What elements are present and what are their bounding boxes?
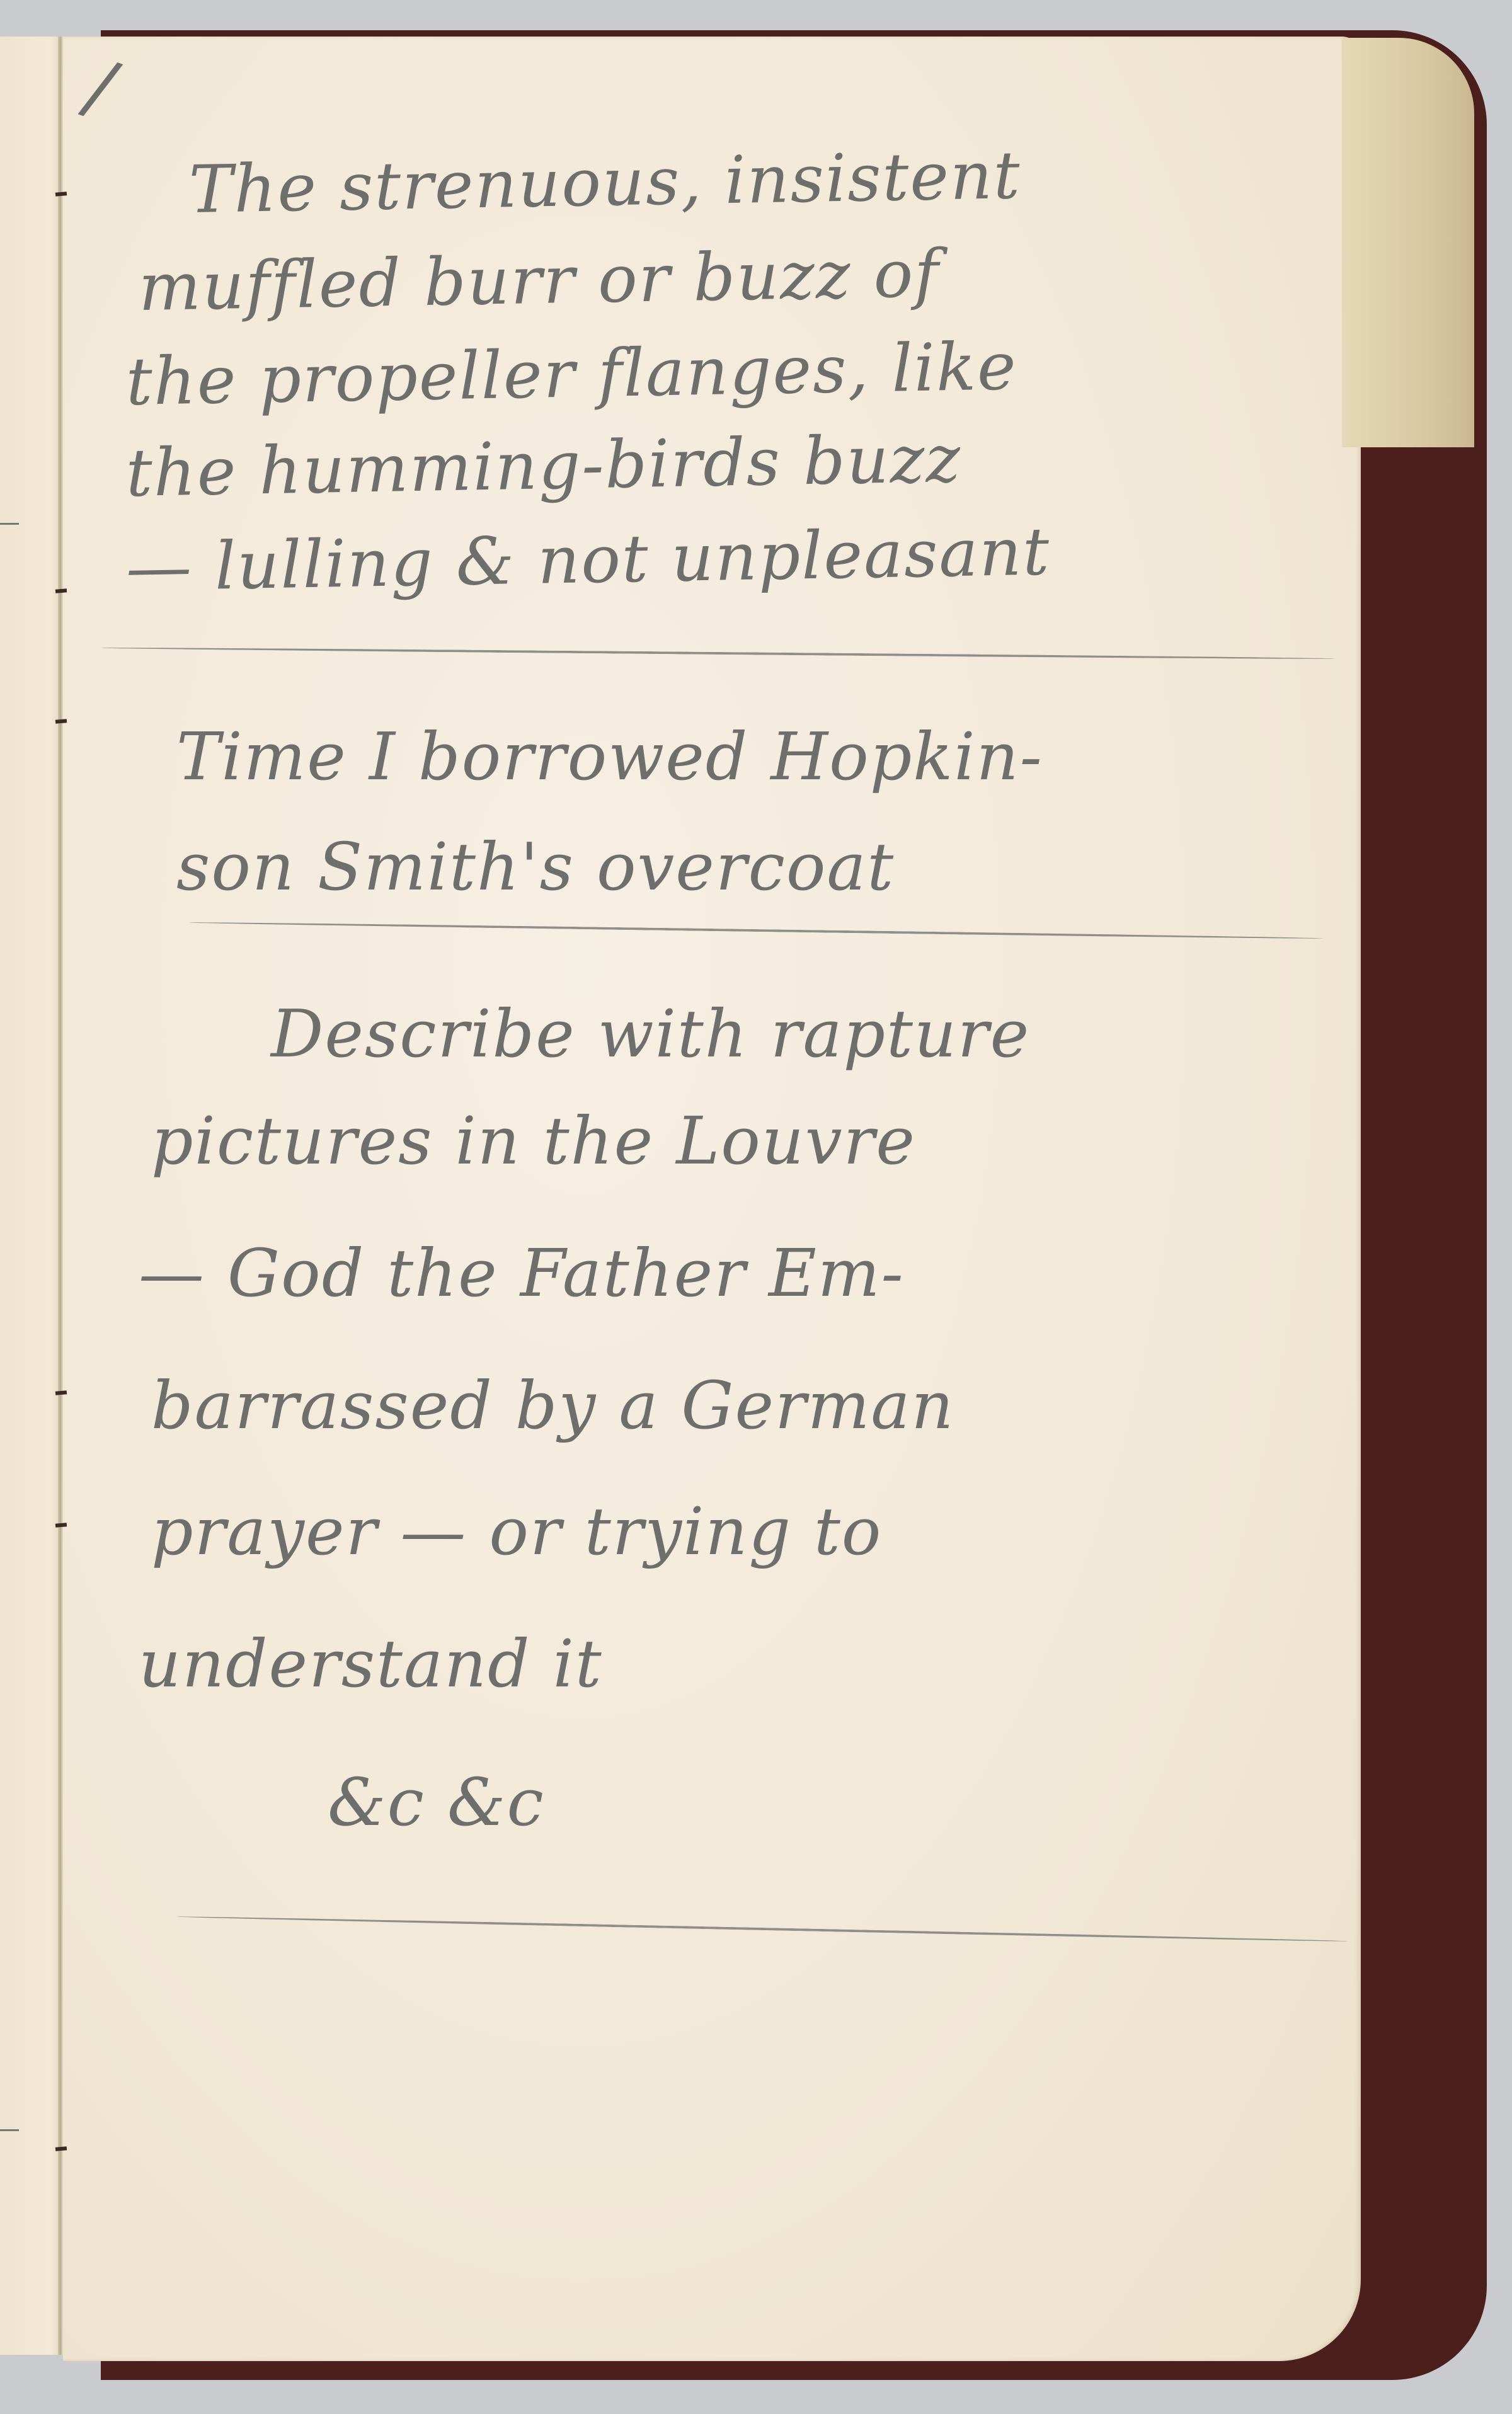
left-page-pencil-mark (0, 523, 19, 525)
note-line: Time I borrowed Hopkin- (176, 718, 1043, 795)
page-gutter (58, 37, 63, 2355)
note-line: prayer — or trying to (151, 1493, 882, 1570)
note-line: — God the Father Em- (139, 1235, 905, 1312)
left-page-pencil-mark (0, 2129, 19, 2131)
note-line: pictures in the Louvre (151, 1102, 916, 1179)
note-line: son Smith's overcoat (176, 828, 895, 905)
left-page-edge (0, 37, 63, 2355)
torn-page-corner (1342, 38, 1474, 447)
note-line: The strenuous, insistent (188, 137, 1022, 228)
note-line: barrassed by a German (151, 1367, 954, 1444)
note-line: Describe with rapture (271, 995, 1030, 1072)
note-line: the propeller flanges, like (125, 328, 1018, 420)
note-line: understand it (139, 1625, 603, 1702)
note-line: muffled burr or buzz of (138, 235, 941, 326)
note-line: &c &c (328, 1764, 545, 1841)
note-line: — lulling & not unpleasant (125, 513, 1051, 606)
note-line: the humming-birds buzz (125, 420, 962, 512)
